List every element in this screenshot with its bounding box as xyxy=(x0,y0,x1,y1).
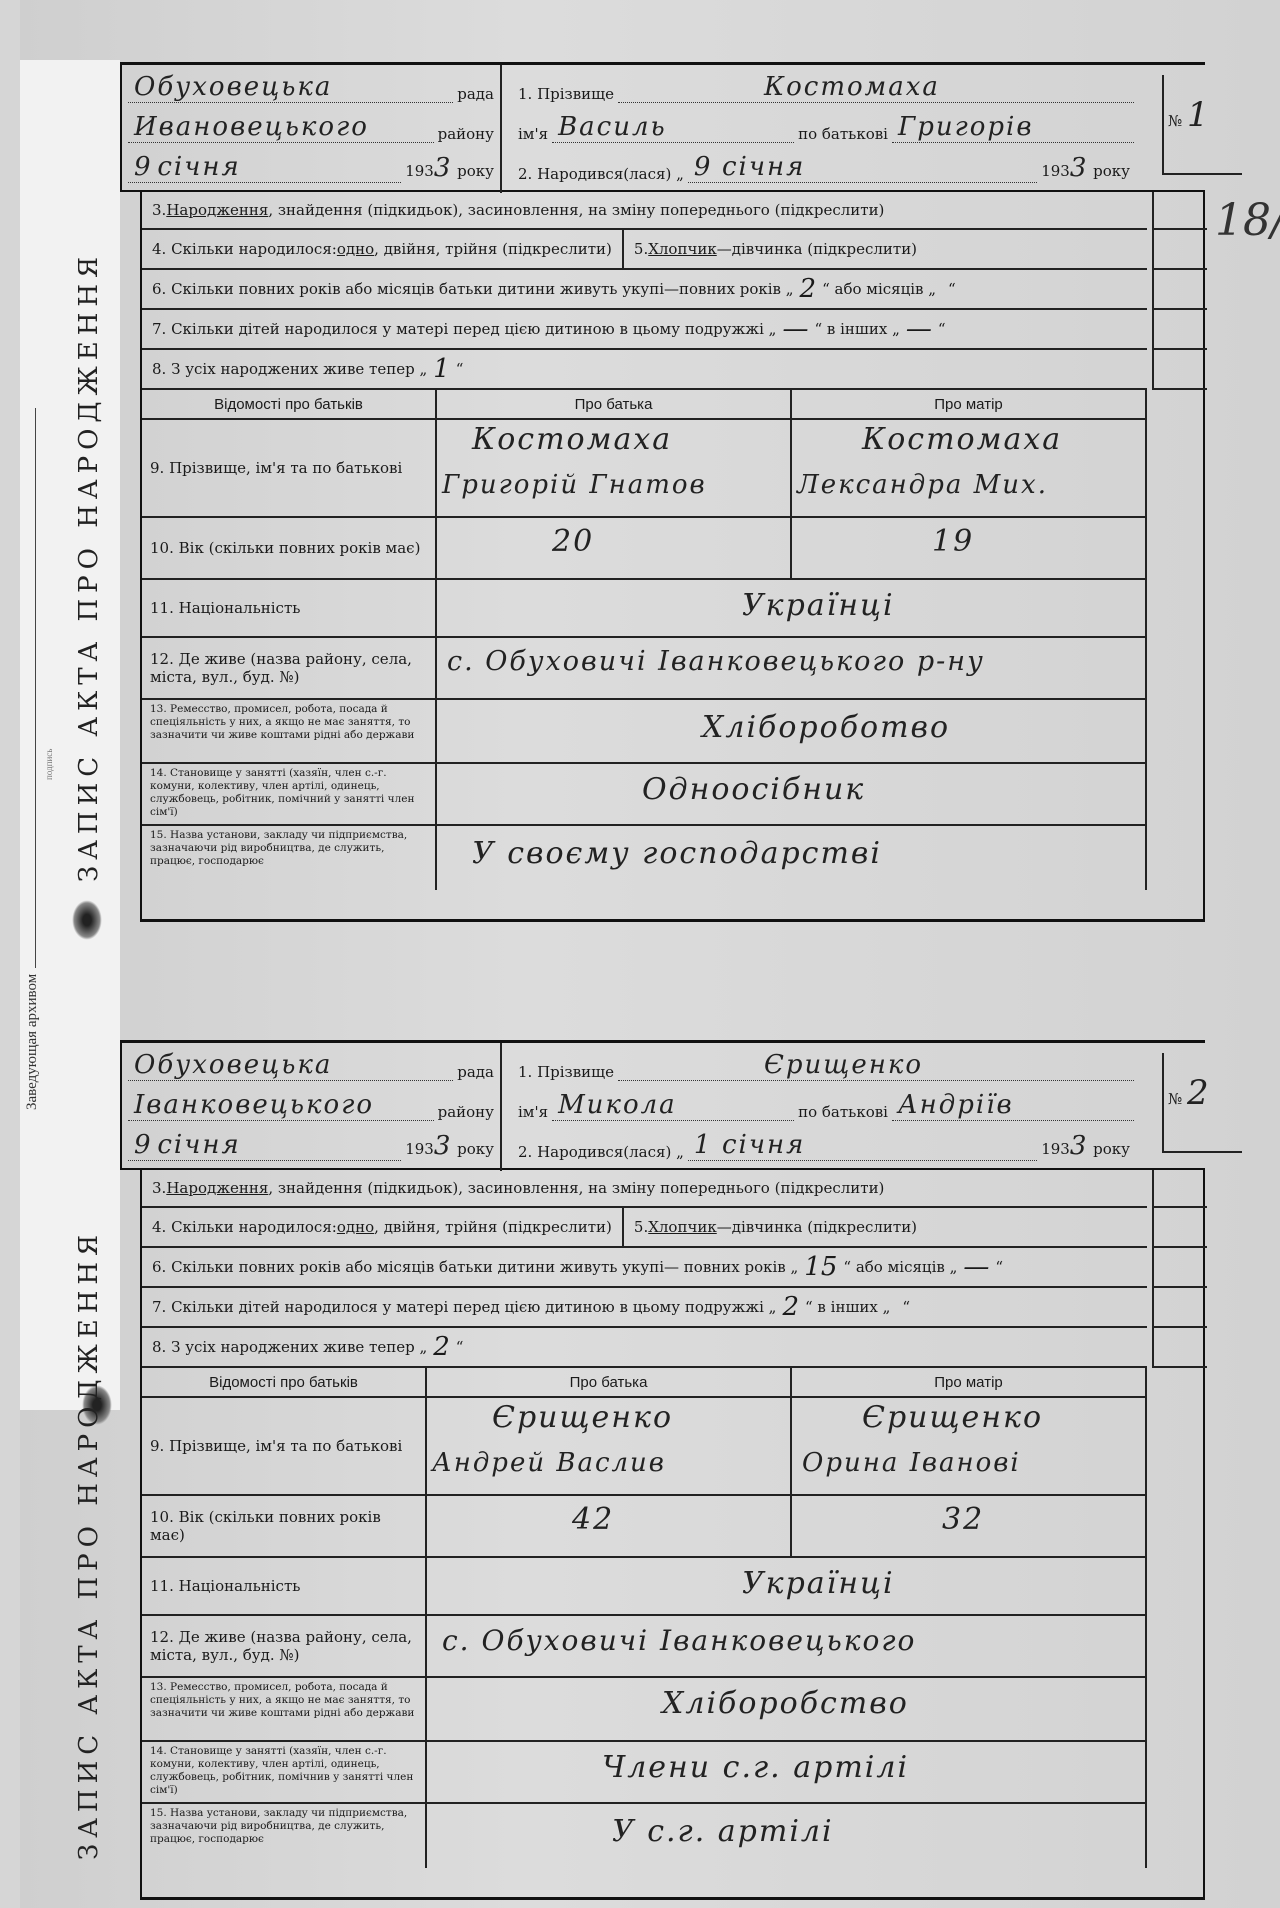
record-header: Обуховецькарада Ивановецькогорайону 9 сі… xyxy=(120,62,1205,192)
council-label: рада xyxy=(453,1063,498,1081)
q15-label: 15. Назва установи, закладу чи підприємс… xyxy=(142,1804,427,1868)
record-body: ЗАПИС АКТА ПРО НАРОДЖЕННЯ 3. Народження,… xyxy=(140,1170,1205,1900)
patronymic-label: по батькові xyxy=(794,125,892,143)
q4-q5-row: 4. Скільки народилося: одно, двійня, трі… xyxy=(142,1208,1147,1248)
divider xyxy=(622,1208,624,1246)
record-number: 2 xyxy=(1187,1073,1211,1113)
patronymic-value: Андріїв xyxy=(898,1090,1014,1120)
reg-year-digit: 3 xyxy=(434,1131,453,1161)
surname-label: 1. Прізвище xyxy=(514,85,618,103)
side-column-cell xyxy=(1152,1170,1207,1208)
q11-label: 11. Національність xyxy=(142,1558,427,1616)
father-given-names: Андрей Васлив xyxy=(432,1448,666,1478)
q10-label: 10. Вік (скільки повних років має) xyxy=(142,1496,427,1558)
reg-year-prefix: 193 xyxy=(405,1140,434,1158)
born-month: січня xyxy=(722,152,805,182)
q3-rest: , знайдення (підкидьок), засиновлення, н… xyxy=(268,1179,884,1197)
mother-age: 32 xyxy=(942,1502,984,1537)
divider xyxy=(622,230,624,268)
record-header: Обуховецькарада Іванковецькогорайону 9 с… xyxy=(120,1040,1205,1170)
q8-text: 8. З усіх народжених живе тепер „ xyxy=(152,360,427,378)
q11-label: 11. Національність xyxy=(142,580,437,638)
q6-months-label: “ або місяців „ xyxy=(822,280,936,298)
nationality-value: Українці xyxy=(742,588,895,623)
council-value: Обуховецька xyxy=(134,1050,332,1080)
patronymic-label: по батькові xyxy=(794,1103,892,1121)
q8-alive: 8. З усіх народжених живе тепер „2“ xyxy=(142,1328,1147,1368)
q3-selected: Народження xyxy=(166,1179,268,1197)
q4-rest: , двійня, трійня (підкреслити) xyxy=(374,1218,612,1236)
father-header: Про батька xyxy=(427,1368,792,1398)
q6-months: — xyxy=(957,1252,995,1282)
q7-prior-children: 7. Скільки дітей народилося у матері пер… xyxy=(142,1288,1147,1328)
q14-label: 14. Становище у занятті (хазяїн, член с.… xyxy=(142,764,437,826)
born-label: 2. Народився(лася) „ xyxy=(514,1143,688,1161)
district-label: району xyxy=(434,125,498,143)
record-number-box: № 1 xyxy=(1162,75,1242,175)
archivist-label: Заведующая архивом xyxy=(24,974,40,1110)
q8-end: “ xyxy=(456,1338,464,1356)
q8-alive: 8. З усіх народжених живе тепер „1“ xyxy=(142,350,1147,390)
q7-this-marriage: 2 xyxy=(776,1292,805,1322)
q6-end: “ xyxy=(948,280,956,298)
father-age-cell xyxy=(437,518,792,580)
archivist-signature-line: Заведующая архивом подпись xyxy=(24,408,41,1110)
q6-years: 2 xyxy=(794,274,823,304)
side-column-cell xyxy=(1152,270,1207,310)
q7-end: “ xyxy=(938,320,946,338)
workplace-value: У с.г. артілі xyxy=(612,1814,834,1849)
name-value: Василь xyxy=(558,112,667,142)
parents-table: Відомості про батьків Про батька Про мат… xyxy=(142,1368,1147,1900)
side-column-cell xyxy=(1152,192,1207,230)
born-day: 9 xyxy=(694,152,713,182)
child-identity-block: 1. ПрізвищеЄрищенко ім'яМиколапо батьков… xyxy=(504,1043,1064,1171)
document-page: Заведующая архивом подпись 18/ Обуховець… xyxy=(20,0,1280,1908)
q12-label: 12. Де живе (назва району, села, міста, … xyxy=(142,1616,427,1678)
signature-line xyxy=(35,408,36,968)
q15-label: 15. Назва установи, закладу чи підприємс… xyxy=(142,826,437,890)
born-year-prefix: 193 xyxy=(1041,162,1070,180)
surname-value: Костомаха xyxy=(764,72,940,102)
born-label: 2. Народився(лася) „ xyxy=(514,165,688,183)
status-value: Члени с.г. артілі xyxy=(602,1750,909,1785)
year-label: року xyxy=(457,1140,494,1158)
vertical-title: ЗАПИС АКТА ПРО НАРОДЖЕННЯ xyxy=(74,1229,104,1860)
district-value: Ивановецького xyxy=(134,112,369,142)
reg-month: січня xyxy=(157,152,240,182)
number-label: № xyxy=(1168,1090,1182,1108)
q3-rest: , знайдення (підкидьок), засиновлення, н… xyxy=(268,201,884,219)
district-value: Іванковецького xyxy=(134,1090,374,1120)
q5-rest: —дівчинка (підкреслити) xyxy=(717,1218,917,1236)
nationality-value: Українці xyxy=(742,1566,895,1601)
registry-office-block: Обуховецькарада Іванковецькогорайону 9 с… xyxy=(122,1043,502,1171)
q3-event-type: 3. Народження, знайдення (підкидьок), за… xyxy=(142,1170,1147,1208)
q5-selected: Хлопчик xyxy=(648,240,717,258)
binding-hole xyxy=(72,900,102,940)
district-label: району xyxy=(434,1103,498,1121)
father-header: Про батька xyxy=(437,390,792,420)
mother-age: 19 xyxy=(932,524,974,559)
side-column-cell xyxy=(1152,230,1207,270)
mother-surname: Єрищенко xyxy=(862,1400,1043,1435)
q5-selected: Хлопчик xyxy=(648,1218,717,1236)
workplace-value: У своєму господарстві xyxy=(472,836,882,871)
birth-record-1: Обуховецькарада Ивановецькогорайону 9 сі… xyxy=(120,62,1240,922)
father-age: 42 xyxy=(572,1502,614,1537)
patronymic-value: Григорів xyxy=(898,112,1034,142)
q9-label: 9. Прізвище, ім'я та по батькові xyxy=(142,420,437,518)
q8-alive-count: 2 xyxy=(427,1332,456,1362)
name-value: Микола xyxy=(558,1090,677,1120)
q9-label: 9. Прізвище, ім'я та по батькові xyxy=(142,1398,427,1496)
q8-text: 8. З усіх народжених живе тепер „ xyxy=(152,1338,427,1356)
record-number: 1 xyxy=(1187,95,1211,135)
q7-others-label: “ в інших „ xyxy=(805,1298,890,1316)
q7-others-label: “ в інших „ xyxy=(814,320,899,338)
parents-table: Відомості про батьків Про батька Про мат… xyxy=(142,390,1147,922)
number-label: № xyxy=(1168,112,1182,130)
born-month: січня xyxy=(722,1130,805,1160)
q3-selected: Народження xyxy=(166,201,268,219)
child-identity-block: 1. ПрізвищеКостомаха ім'яВасильпо батько… xyxy=(504,65,1064,193)
mother-header: Про матір xyxy=(792,1368,1147,1398)
mother-header: Про матір xyxy=(792,390,1147,420)
father-surname: Єрищенко xyxy=(492,1400,673,1435)
father-surname: Костомаха xyxy=(472,422,672,457)
record-body: ЗАПИС АКТА ПРО НАРОДЖЕННЯ 3. Народження,… xyxy=(140,192,1205,922)
side-column-cell xyxy=(1152,350,1207,390)
archive-margin-strip: Заведующая архивом подпись xyxy=(20,60,120,1410)
reg-year-prefix: 193 xyxy=(405,162,434,180)
signature-hint: подпись xyxy=(44,749,54,780)
q5-rest: —дівчинка (підкреслити) xyxy=(717,240,917,258)
year-label: року xyxy=(1093,162,1130,180)
q6-end: “ xyxy=(995,1258,1003,1276)
q5-prefix: 5. xyxy=(634,1218,648,1236)
q3-prefix: 3. xyxy=(152,1179,166,1197)
q5-prefix: 5. xyxy=(634,240,648,258)
occupation-value: Хлібороботво xyxy=(702,710,950,745)
reg-day: 9 xyxy=(134,1130,153,1160)
residence-value: с. Обуховичі Іванковецького xyxy=(442,1624,916,1657)
q13-label: 13. Ремесство, промисел, робота, посада … xyxy=(142,700,437,764)
q8-alive-count: 1 xyxy=(427,354,456,384)
mother-surname: Костомаха xyxy=(862,422,1062,457)
q4-prefix: 4. Скільки народилося: xyxy=(152,1218,337,1236)
surname-label: 1. Прізвище xyxy=(514,1063,618,1081)
q7-others: — xyxy=(900,314,938,344)
q7-text: 7. Скільки дітей народилося у матері пер… xyxy=(152,320,776,338)
status-value: Одноосібник xyxy=(642,772,865,807)
side-column-cell xyxy=(1152,1208,1207,1248)
father-age: 20 xyxy=(552,524,594,559)
q4-rest: , двійня, трійня (підкреслити) xyxy=(374,240,612,258)
born-year-prefix: 193 xyxy=(1041,1140,1070,1158)
registry-office-block: Обуховецькарада Ивановецькогорайону 9 сі… xyxy=(122,65,502,193)
parents-header: Відомості про батьків xyxy=(142,390,437,420)
parents-header: Відомості про батьків xyxy=(142,1368,427,1398)
reg-month: січня xyxy=(157,1130,240,1160)
born-year-digit: 3 xyxy=(1070,153,1089,183)
side-column-cell xyxy=(1152,310,1207,350)
council-value: Обуховецька xyxy=(134,72,332,102)
q10-label: 10. Вік (скільки повних років має) xyxy=(142,518,437,580)
mother-given-names: Лександра Мих. xyxy=(797,470,1048,500)
record-number-box: № 2 xyxy=(1162,1053,1242,1153)
year-label: року xyxy=(457,162,494,180)
q7-end: “ xyxy=(902,1298,910,1316)
q6-months-label: “ або місяців „ xyxy=(843,1258,957,1276)
q7-prior-children: 7. Скільки дітей народилося у матері пер… xyxy=(142,310,1147,350)
q4-selected: одно xyxy=(337,240,374,258)
name-label: ім'я xyxy=(514,1103,552,1121)
mother-given-names: Орина Іванові xyxy=(802,1448,1021,1478)
residence-value: с. Обуховичі Іванковецького р-ну xyxy=(447,646,985,677)
q4-prefix: 4. Скільки народилося: xyxy=(152,240,337,258)
q13-label: 13. Ремесство, промисел, робота, посада … xyxy=(142,1678,427,1742)
side-column-cell xyxy=(1152,1328,1207,1368)
born-day: 1 xyxy=(694,1130,713,1160)
q3-prefix: 3. xyxy=(152,201,166,219)
reg-day: 9 xyxy=(134,152,153,182)
birth-record-2: Обуховецькарада Іванковецькогорайону 9 с… xyxy=(120,1040,1240,1900)
occupation-value: Хліборобство xyxy=(662,1686,909,1721)
q8-end: “ xyxy=(456,360,464,378)
council-label: рада xyxy=(453,85,498,103)
q4-selected: одно xyxy=(337,1218,374,1236)
q6-text: 6. Скільки повних років або місяців бать… xyxy=(152,280,794,298)
surname-value: Єрищенко xyxy=(764,1050,923,1080)
q3-event-type: 3. Народження, знайдення (підкидьок), за… xyxy=(142,192,1147,230)
name-label: ім'я xyxy=(514,125,552,143)
year-label: року xyxy=(1093,1140,1130,1158)
q6-years: 15 xyxy=(798,1252,843,1282)
side-column-cell xyxy=(1152,1288,1207,1328)
q4-q5-row: 4. Скільки народилося: одно, двійня, трі… xyxy=(142,230,1147,270)
q6-text: 6. Скільки повних років або місяців бать… xyxy=(152,1258,798,1276)
q6-cohabitation: 6. Скільки повних років або місяців бать… xyxy=(142,270,1147,310)
q12-label: 12. Де живе (назва району, села, міста, … xyxy=(142,638,437,700)
q6-cohabitation: 6. Скільки повних років або місяців бать… xyxy=(142,1248,1147,1288)
reg-year-digit: 3 xyxy=(434,153,453,183)
vertical-title: ЗАПИС АКТА ПРО НАРОДЖЕННЯ xyxy=(74,251,104,882)
father-given-names: Григорій Гнатов xyxy=(442,470,707,500)
q14-label: 14. Становище у занятті (хазяїн, член с.… xyxy=(142,1742,427,1804)
q7-text: 7. Скільки дітей народилося у матері пер… xyxy=(152,1298,776,1316)
side-column-cell xyxy=(1152,1248,1207,1288)
q7-this-marriage: — xyxy=(776,314,814,344)
born-year-digit: 3 xyxy=(1070,1131,1089,1161)
